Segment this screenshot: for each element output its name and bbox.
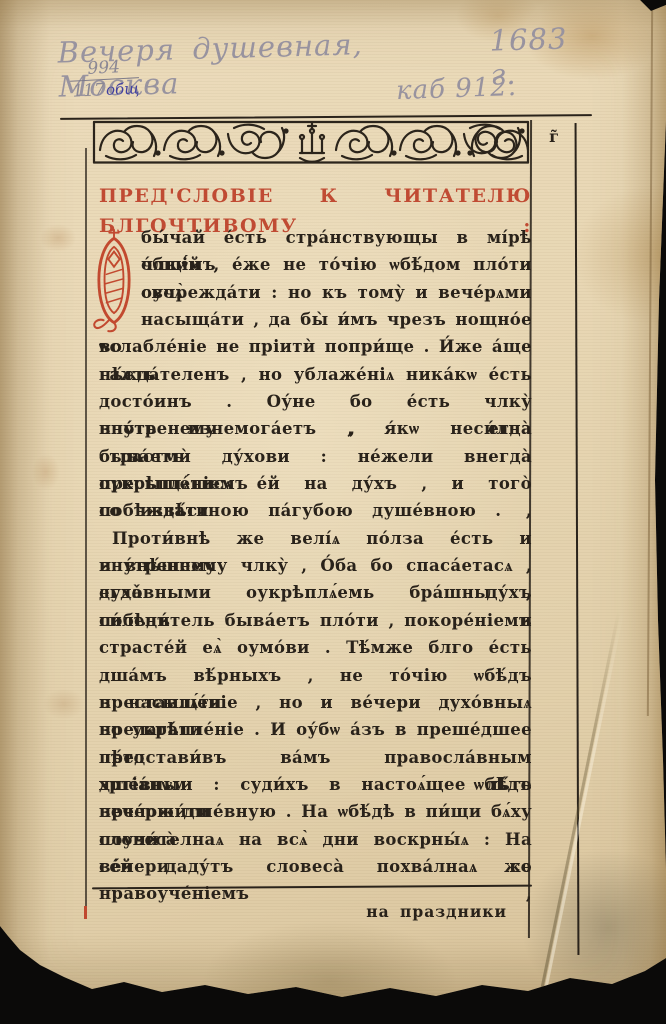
body-line: се́й даду́тъ словеса̀ похва́лнаѧ со нрав… bbox=[99, 853, 532, 880]
body-line: страстмѝ ду́хови : не́жели внегда̀ пресы… bbox=[99, 443, 532, 470]
page-right-edge bbox=[647, 6, 653, 716]
body-line: в насыще́ніе , но и ве́чери духо́вныѧ пр… bbox=[99, 689, 532, 716]
body-line: гажда́теленъ , но ублаже́ніѧ ника́кѡ е́с… bbox=[99, 361, 532, 388]
body-line: страсте́й еѧ̀ оумо́ви . Тѣ́мже блго е́ст… bbox=[99, 634, 532, 661]
body-line: дше́вныи : суди́хъ в настоѧ́щее лѣ́то пр… bbox=[99, 771, 532, 798]
body-line: представи́въ ва́мъ правосла́вным хртіа́н… bbox=[99, 744, 532, 771]
body-line: о́бщій , е́же не то́чію ѡбѣ́дом пло́ти с… bbox=[99, 251, 532, 278]
frame-rule-left bbox=[85, 148, 87, 908]
body-line: досто́инъ . Оу́не бо е́сть члку̀ вну́тре… bbox=[99, 388, 532, 415]
body-line: поучи́телнаѧ на всѧ̀ дни воскрны́ѧ : На … bbox=[99, 826, 532, 853]
body-line: побѣди́тель быва́етъ пло́ти , покоре́ніе… bbox=[99, 607, 532, 634]
drop-cap-initial: О bbox=[91, 227, 137, 333]
body-line: насыща́ти , да бы̀ и́мъ чрезъ нощно́е во bbox=[99, 306, 532, 333]
cabinet-number: каб 912. bbox=[396, 72, 518, 106]
body-line: дша́мъ вѣ́рныхъ , не то́чію ѡбѣ́дъ прест… bbox=[99, 662, 532, 689]
body-line: пло́ть изнемога́етъ , я́кѡ неси́лна быва… bbox=[99, 415, 532, 442]
call-number-bottom: 117 bbox=[72, 80, 105, 102]
handwritten-annotation: Вечеря душевная, Москва 1683 г. bbox=[57, 20, 609, 103]
body-line: духо́вными оукрѣплѧ́емь бра́шны , си́лен… bbox=[99, 579, 532, 606]
crown-motif bbox=[300, 123, 324, 162]
body-line: оучрежда́ти : но къ тому̀ и вече́рѧми bbox=[99, 279, 532, 306]
body-line: и внѣ́шнему члку̀ , О́ба бо спаса́етасѧ … bbox=[99, 552, 532, 579]
body-line: ѡслабле́ніе не пріитѝ попри́ще . И́же а́… bbox=[99, 333, 532, 360]
call-number-suffix: общ bbox=[106, 79, 140, 99]
headpiece-ornament bbox=[92, 119, 530, 166]
page-crease-highlight bbox=[539, 612, 624, 1014]
frame-rule-left-red-tip bbox=[84, 906, 87, 919]
body-line: вече́рю дше́вную . На ѡбѣ́дѣ в пи́щи бѧ́… bbox=[99, 798, 532, 825]
folio-number: г̃ bbox=[532, 127, 576, 146]
body-line: во укрѣпле́ніе . И оу́бѡ а́зъ в преше́дш… bbox=[99, 716, 532, 743]
body-line: со извѣ́стною па́губою душе́вною . bbox=[99, 497, 532, 524]
catchword: на праздники bbox=[99, 902, 507, 921]
body-line: Проти́внѣ же велі́ѧ по́лза е́сть и вну́т… bbox=[99, 525, 532, 552]
body-line: оукрѣплѧ́тисѧ е́й на ду́хъ , и того̀ поб… bbox=[99, 470, 532, 497]
body-text: О бы́чай е́сть стра́нствующы в мі́рѣ члк… bbox=[99, 224, 532, 880]
book-page: Вечеря душевная, Москва 1683 г. 994 117о… bbox=[0, 0, 666, 1024]
call-number: 994 117общ bbox=[69, 56, 140, 102]
body-line: бы́чай е́сть стра́нствующы в мі́рѣ члкѡ́… bbox=[99, 224, 532, 251]
